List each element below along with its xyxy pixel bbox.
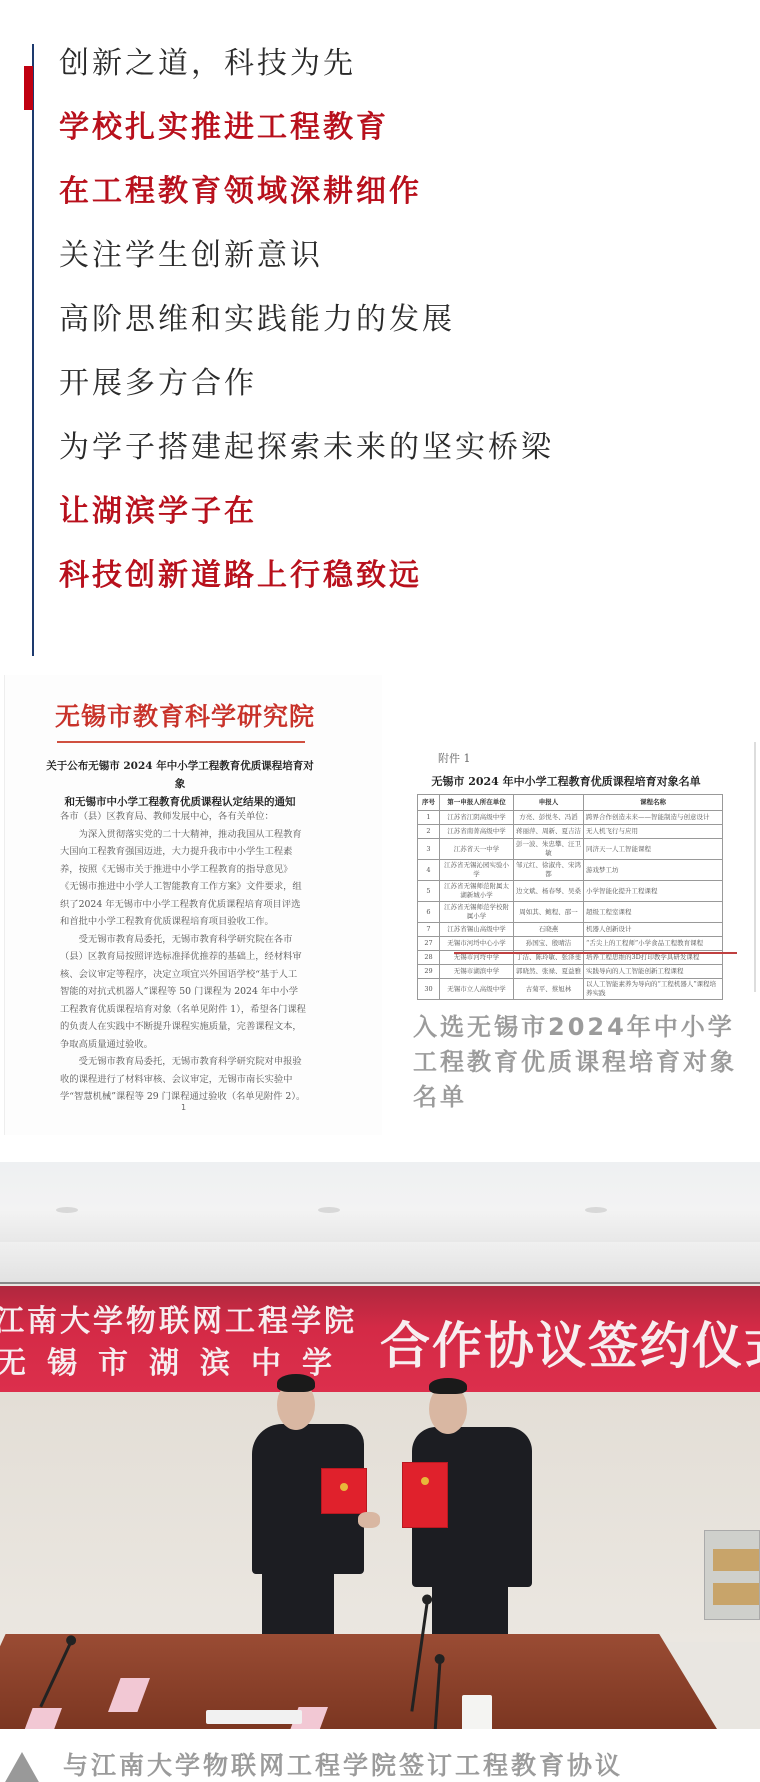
banner-title: 合作协议签约仪式 [380,1306,760,1378]
course-list-table: 序号 第一申报人所在单位 申报人 课程名称 1江苏省江阴高级中学方亮、彭悦冬、冯… [417,794,723,1000]
table-row: 3江苏省天一中学彭一波、朱忠攀、汪卫敏同济天一人工智能课程 [418,839,723,860]
column-header: 第一申报人所在单位 [440,795,514,811]
cell-applicants: 孙国宝、殷晴洁 [514,937,584,951]
cell-index: 30 [418,979,440,1000]
triangle-up-icon [4,1752,40,1782]
document-organization: 无锡市教育科学研究院 [55,697,315,733]
cell-course: 机器人创新设计 [584,923,723,937]
cell-applicants: 蒋丽萍、周新、夏吉洁 [514,825,584,839]
cell-index: 5 [418,881,440,902]
cell-school: 无锡市湖滨中学 [440,965,514,979]
cell-school: 无锡市河埒中心小学 [440,937,514,951]
cell-course: 实践导向的人工智能创新工程课程 [584,965,723,979]
table-row: 6江苏省无锡师范学校附属小学周如其、鲍程、邵一超级工程室课程 [418,902,723,923]
intro-line: 高阶思维和实践能力的发展 [59,300,554,364]
intro-lines: 创新之道，科技为先 学校扎实推进工程教育 在工程教育领域深耕细作 关注学生创新意… [59,44,554,620]
documents-section: 无锡市教育科学研究院 关于公布无锡市 2024 年中小学工程教育优质课程培育对象… [0,675,760,1145]
table-row-highlighted: 29无锡市湖滨中学郭晓然、张禄、夏益雅实践导向的人工智能创新工程课程 [418,965,723,979]
intro-line: 为学子搭建起探索未来的坚实桥梁 [59,428,554,492]
cell-course: 超级工程室课程 [584,902,723,923]
ceiling-cornice [0,1242,760,1284]
intro-line: 开展多方合作 [59,364,554,428]
attachment-title: 无锡市 2024 年中小学工程教育优质课程培育对象名单 [386,773,746,789]
conference-table [0,1634,720,1729]
table-header-row: 序号 第一申报人所在单位 申报人 课程名称 [418,795,723,811]
paper-cup [462,1695,492,1729]
ceremony-banner: 江南大学物联网工程学院 无锡市湖滨中学 合作协议签约仪式 [0,1286,760,1392]
attachment-label: 附件 1 [438,750,471,766]
document-title: 关于公布无锡市 2024 年中小学工程教育优质课程培育对象 和无锡市中小学工程教… [45,757,315,811]
column-header: 课程名称 [584,795,723,811]
cell-school: 江苏省无锡沁园实验小学 [440,860,514,881]
cell-index: 3 [418,839,440,860]
intro-line: 关注学生创新意识 [59,236,554,300]
cell-school: 江苏省天一中学 [440,839,514,860]
page-number: 1 [181,1103,186,1112]
cell-applicants: 彭一波、朱忠攀、汪卫敏 [514,839,584,860]
cell-index: 6 [418,902,440,923]
signing-ceremony-photo: 江南大学物联网工程学院 无锡市湖滨中学 合作协议签约仪式 [0,1162,760,1729]
photo-caption-row: 与江南大学物联网工程学院签订工程教育协议 [0,1740,760,1782]
intro-line-highlight: 学校扎实推进工程教育 [59,108,554,172]
ceiling-light-icon [56,1207,78,1213]
table-row: 2江苏省南菁高级中学蒋丽萍、周新、夏吉洁无人机飞行与应用 [418,825,723,839]
intro-line-highlight: 科技创新道路上行稳致远 [59,556,554,620]
wall [0,1392,760,1642]
document-title-line: 关于公布无锡市 2024 年中小学工程教育优质课程培育对象 [45,757,315,793]
table-row: 4江苏省无锡沁园实验小学邹元红、徐淑舟、宋鸿都游戏梦工坊 [418,860,723,881]
intro-section: 创新之道，科技为先 学校扎实推进工程教育 在工程教育领域深耕细作 关注学生创新意… [0,0,760,670]
document-paragraph: 受无锡市教育局委托，无锡市教育科学研究院在各市（县）区教育局按照评选标准择优推荐… [60,931,306,1054]
attachment-table-image: 附件 1 无锡市 2024 年中小学工程教育优质课程培育对象名单 序号 第一申报… [386,742,756,992]
cell-course: 游戏梦工坊 [584,860,723,881]
cell-applicants: 古菊平、蔡旭林 [514,979,584,1000]
column-header: 序号 [418,795,440,811]
electrical-panel [704,1530,760,1620]
cell-applicants: 石晓燕 [514,923,584,937]
cell-index: 28 [418,951,440,965]
column-header: 申报人 [514,795,584,811]
cell-index: 4 [418,860,440,881]
cell-course: 小学智能化提升工程课程 [584,881,723,902]
intro-line: 创新之道，科技为先 [59,44,554,108]
table-row: 27无锡市河埒中心小学孙国宝、殷晴洁“舌尖上的工程师”小学食品工程教育课程 [418,937,723,951]
document-salutation: 各市（县）区教育局、教师发展中心，各有关单位： [60,808,306,826]
cell-index: 2 [418,825,440,839]
agreement-folder-left [321,1468,367,1514]
cell-course: “舌尖上的工程师”小学食品工程教育课程 [584,937,723,951]
agreement-folder-right [402,1462,448,1528]
document-body: 各市（县）区教育局、教师发展中心，各有关单位： 为深入贯彻落实党的二十大精神，推… [60,808,306,1106]
cell-school: 江苏省无锡师范学校附属小学 [440,902,514,923]
banner-line-university: 江南大学物联网工程学院 [0,1296,357,1340]
cell-index: 29 [418,965,440,979]
cell-school: 无锡市立人高级中学 [440,979,514,1000]
switch-row [713,1583,759,1605]
cell-applicants: 郭晓然、张禄、夏益雅 [514,965,584,979]
cell-school: 江苏省无锡师范附属太湖新城小学 [440,881,514,902]
intro-line-highlight: 让湖滨学子在 [59,492,554,556]
cell-course: 跨界合作创造未来——智能制造与创意设计 [584,811,723,825]
cell-course: 无人机飞行与应用 [584,825,723,839]
document-paragraph: 为深入贯彻落实党的二十大精神，推动我国从工程教育大国向工程教育强国迈进，大力提升… [60,826,306,931]
cell-course: 同济天一人工智能课程 [584,839,723,860]
cell-index: 1 [418,811,440,825]
table-tray [206,1710,302,1724]
intro-line-highlight: 在工程教育领域深耕细作 [59,172,554,236]
table-row: 5江苏省无锡师范附属太湖新城小学边文斌、杨春琴、吴桑小学智能化提升工程课程 [418,881,723,902]
document-paragraph: 受无锡市教育局委托，无锡市教育科学研究院对申报验收的课程进行了材料审核、会议审定… [60,1053,306,1106]
cell-index: 7 [418,923,440,937]
person-left-hair [277,1374,315,1392]
handshake [358,1512,380,1528]
vertical-rule [32,44,34,656]
cell-applicants: 方亮、彭悦冬、冯滔 [514,811,584,825]
document-header-rule [57,741,305,743]
highlight-underline [454,952,737,954]
cell-applicants: 邹元红、徐淑舟、宋鸿都 [514,860,584,881]
ceiling-light-icon [318,1207,340,1213]
ceiling-light-icon [585,1207,607,1213]
notice-document-image: 无锡市教育科学研究院 关于公布无锡市 2024 年中小学工程教育优质课程培育对象… [4,675,382,1135]
cell-course: 以人工智能素养为导向的“工程机器人”课程培养实践 [584,979,723,1000]
ceiling [0,1162,760,1242]
accent-bar [24,66,33,110]
table-row: 7江苏省锡山高级中学石晓燕机器人创新设计 [418,923,723,937]
person-right-hair [429,1378,467,1394]
document-caption: 入选无锡市2024年中小学工程教育优质课程培育对象名单 [413,1010,753,1115]
cell-index: 27 [418,937,440,951]
cell-applicants: 边文斌、杨春琴、吴桑 [514,881,584,902]
table-row: 30无锡市立人高级中学古菊平、蔡旭林以人工智能素养为导向的“工程机器人”课程培养… [418,979,723,1000]
cell-applicants: 周如其、鲍程、邵一 [514,902,584,923]
photo-caption: 与江南大学物联网工程学院签订工程教育协议 [63,1746,623,1782]
cell-school: 江苏省南菁高级中学 [440,825,514,839]
switch-row [713,1549,759,1571]
cell-school: 江苏省锡山高级中学 [440,923,514,937]
cell-school: 江苏省江阴高级中学 [440,811,514,825]
table-row: 1江苏省江阴高级中学方亮、彭悦冬、冯滔跨界合作创造未来——智能制造与创意设计 [418,811,723,825]
